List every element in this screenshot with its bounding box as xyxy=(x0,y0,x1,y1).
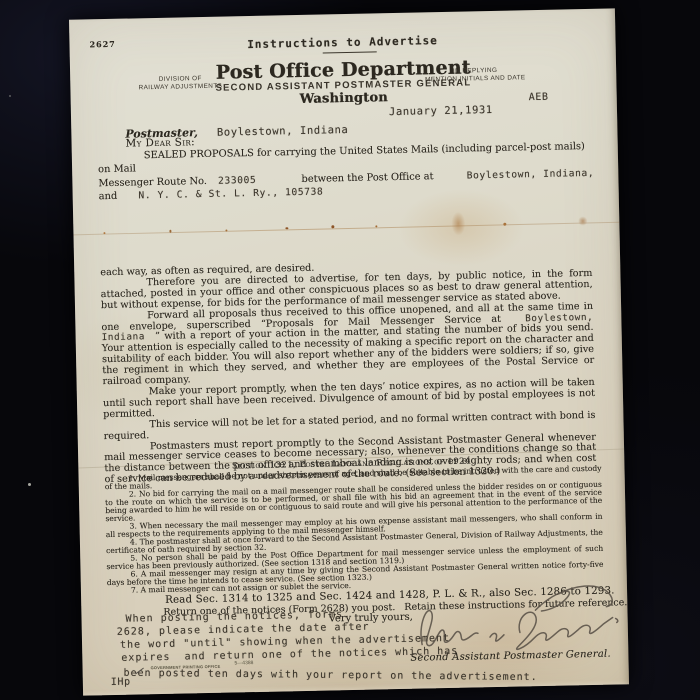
rust-stain-blotch xyxy=(451,212,465,236)
photo-background: 2627 Instructions to Advertise Post Offi… xyxy=(0,0,700,700)
opening-line2-print1: Messenger Route No. xyxy=(98,176,207,189)
letter-document: 2627 Instructions to Advertise Post Offi… xyxy=(69,8,629,695)
opening-paragraph: SEALED PROPOSALS for carrying the United… xyxy=(98,140,595,204)
route-number-fill: 233005 xyxy=(218,175,256,187)
fold-crease-upper xyxy=(73,222,619,236)
rust-stain xyxy=(103,232,105,234)
body-paragraph: Forward all proposals thus received to t… xyxy=(101,302,594,389)
terminus-fill: N. Y. C. & St. L. Ry., 105738 xyxy=(138,187,323,202)
opening-line3-print: and xyxy=(99,191,118,202)
title-underline-rule xyxy=(323,51,377,53)
dust-speck xyxy=(28,483,31,486)
dust-speck xyxy=(9,95,11,97)
rust-stain xyxy=(169,230,171,233)
typed-note-line: been posted ten days with your report on… xyxy=(123,668,537,683)
gpo-form-code: 5—4388 xyxy=(234,660,253,666)
typist-initials: IHp xyxy=(111,677,131,688)
regulations-list: 1. Mail messengers shall be not under si… xyxy=(105,465,604,595)
rust-stain xyxy=(331,225,334,228)
opening-line2-print2: between the Post Office at xyxy=(301,171,433,185)
post-office-fill: Boylestown, Indiana, xyxy=(467,168,595,182)
letter-date: January 21,1931 xyxy=(389,104,493,118)
rust-stain xyxy=(375,225,377,227)
rust-stain xyxy=(285,227,288,229)
addressee-value: Boylestown, Indiana xyxy=(217,124,349,139)
rust-stain xyxy=(225,230,227,232)
reply-initials: AEB xyxy=(529,92,549,103)
rust-stain xyxy=(503,223,506,226)
rust-stain xyxy=(578,216,587,226)
